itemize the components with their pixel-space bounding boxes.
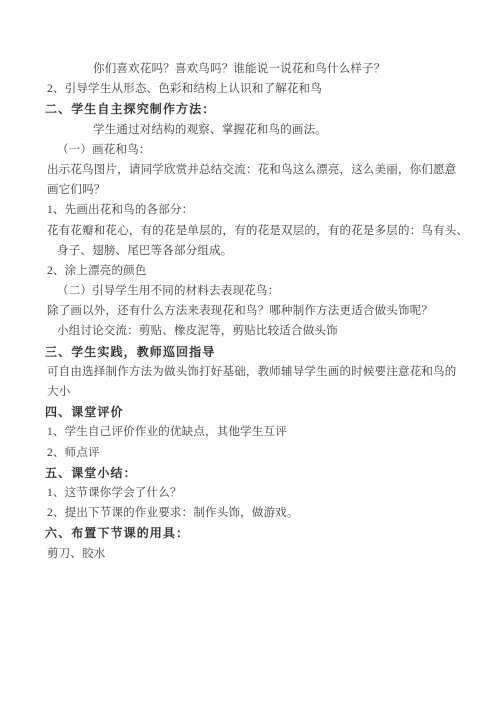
doc-text-line: 2、师点评 xyxy=(0,443,500,463)
doc-text-line: 身子、翅膀、尾巴等各部分组成。 xyxy=(0,241,500,261)
section-heading-line: 四、课堂评价 xyxy=(0,402,500,422)
doc-text-line: 1、学生自己评价作业的优缺点，其他学生互评 xyxy=(0,422,500,442)
document-text-block: 你们喜欢花吗？喜欢鸟吗？谁能说一说花和鸟什么样子？2、引导学生从形态、色彩和结构… xyxy=(0,59,500,564)
doc-text-line: 2、引导学生从形态、色彩和结构上认识和了解花和鸟 xyxy=(0,79,500,99)
section-heading-line: 二、学生自主探究制作方法： xyxy=(0,99,500,119)
doc-text-line: 花有花瓣和花心，有的花是单层的，有的花是双层的，有的花是多层的：鸟有头、 xyxy=(0,221,500,241)
doc-text-line: （一）画花和鸟： xyxy=(0,140,500,160)
section-heading-line: 六、布置下节课的用具： xyxy=(0,523,500,543)
doc-text-line: 1、先画出花和鸟的各部分： xyxy=(0,200,500,220)
doc-text-line: 学生通过对结构的观察、掌握花和鸟的画法。 xyxy=(0,120,500,140)
doc-text-line: 除了画以外，还有什么方法来表现花和鸟？哪种制作方法更适合做头饰呢？ xyxy=(0,301,500,321)
doc-text-line: 2、提出下节课的作业要求：制作头饰，做游戏。 xyxy=(0,503,500,523)
doc-text-line: 大小 xyxy=(0,382,500,402)
doc-text-line: 剪刀、胶水 xyxy=(0,544,500,564)
document-page: 你们喜欢花吗？喜欢鸟吗？谁能说一说花和鸟什么样子？2、引导学生从形态、色彩和结构… xyxy=(0,0,500,707)
doc-text-line: 可自由选择制作方法为做头饰打好基础，教师辅导学生画的时候要注意花和鸟的 xyxy=(0,362,500,382)
doc-text-line: （二）引导学生用不同的材料去表现花鸟： xyxy=(0,281,500,301)
doc-text-line: 1、这节课你学会了什么？ xyxy=(0,483,500,503)
doc-text-line: 小组讨论交流：剪贴、橡皮泥等，剪贴比较适合做头饰 xyxy=(0,321,500,341)
doc-text-line: 画它们吗？ xyxy=(0,180,500,200)
section-heading-line: 三、学生实践，教师巡回指导 xyxy=(0,342,500,362)
doc-text-line: 出示花鸟图片，请同学欣赏并总结交流：花和鸟这么漂亮，这么美丽，你们愿意 xyxy=(0,160,500,180)
section-heading-line: 五、课堂小结： xyxy=(0,463,500,483)
doc-text-line: 你们喜欢花吗？喜欢鸟吗？谁能说一说花和鸟什么样子？ xyxy=(0,59,500,79)
doc-text-line: 2、涂上漂亮的颜色 xyxy=(0,261,500,281)
